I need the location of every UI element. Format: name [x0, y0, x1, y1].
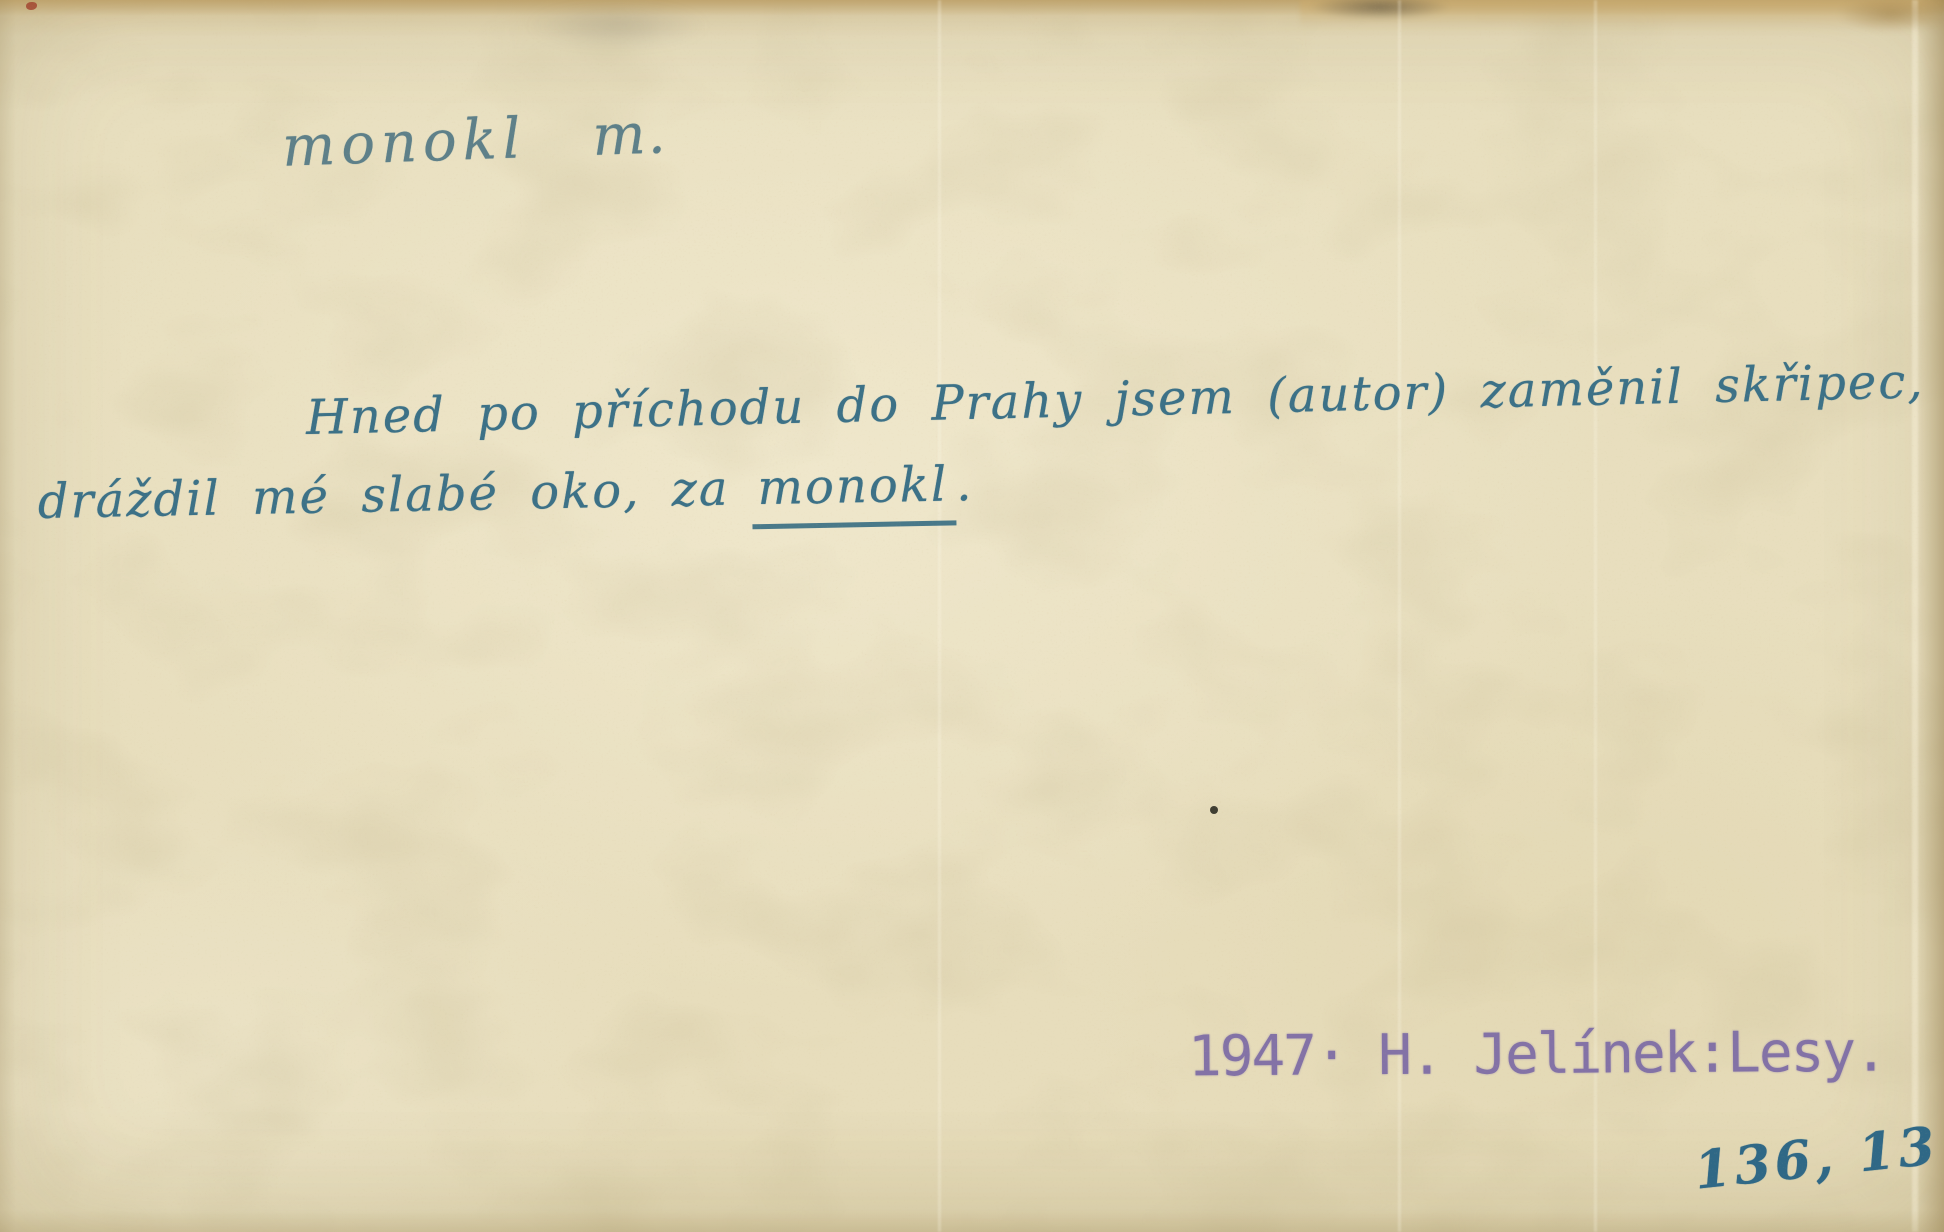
- paper-right-edge-highlight: [1912, 0, 1918, 1232]
- paper-bottom-edge: [0, 1210, 1944, 1232]
- gender-marker: m.: [591, 101, 668, 169]
- top-edge-grey-smudge: [528, 4, 708, 48]
- quote-line-1: Hned po příchodu do Prahy jsem (autor) z…: [305, 349, 1944, 446]
- source-stamp: 1947· H. Jelínek:Lesy.: [1188, 1020, 1886, 1090]
- headword: monokl: [281, 106, 528, 179]
- quote-line-2-text: dráždil mé slabé oko, za: [37, 461, 730, 530]
- paper-card: monoklm. Hned po příchodu do Prahy jsem …: [0, 0, 1944, 1232]
- quote-period: .: [956, 456, 974, 512]
- headword-row: monoklm.: [281, 101, 668, 179]
- page-reference: 136, 13: [1691, 1115, 1941, 1201]
- paper-right-edge: [1918, 0, 1944, 1232]
- top-right-corner-smudge: [1838, 0, 1944, 32]
- paper-crease: [938, 0, 941, 1232]
- top-edge-dark-smudge: [1310, 0, 1450, 20]
- black-ink-speck: [1210, 806, 1218, 814]
- underlined-term: monokl: [751, 456, 957, 529]
- paper-left-edge: [0, 0, 16, 1232]
- quote-line-2: dráždil mé slabé oko, zamonokl.: [37, 456, 974, 543]
